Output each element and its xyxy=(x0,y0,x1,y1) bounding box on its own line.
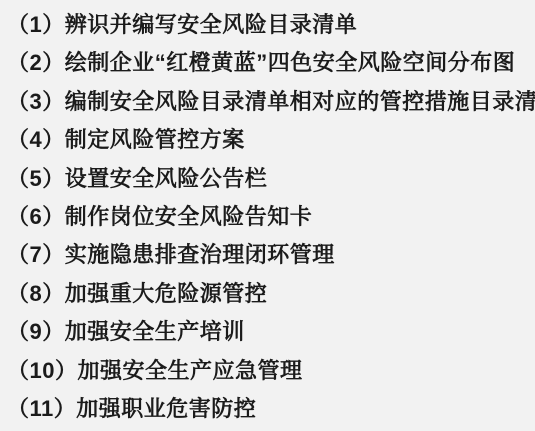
safety-risk-step-list: （1）辨识并编写安全风险目录清单 （2）绘制企业“红橙黄蓝”四色安全风险空间分布… xyxy=(7,6,533,428)
list-item: （2）绘制企业“红橙黄蓝”四色安全风险空间分布图 xyxy=(7,44,533,82)
list-item: （8）加强重大危险源管控 xyxy=(7,275,533,313)
list-item: （10）加强安全生产应急管理 xyxy=(7,352,533,390)
list-item: （1）辨识并编写安全风险目录清单 xyxy=(7,6,533,44)
list-item: （6）制作岗位安全风险告知卡 xyxy=(7,198,533,236)
list-item: （7）实施隐患排查治理闭环管理 xyxy=(7,236,533,274)
list-item: （3）编制安全风险目录清单相对应的管控措施目录清单 xyxy=(7,83,533,121)
list-item: （4）制定风险管控方案 xyxy=(7,121,533,159)
list-item: （11）加强职业危害防控 xyxy=(7,390,533,428)
document-page: （1）辨识并编写安全风险目录清单 （2）绘制企业“红橙黄蓝”四色安全风险空间分布… xyxy=(0,0,535,431)
list-item: （5）设置安全风险公告栏 xyxy=(7,160,533,198)
list-item: （9）加强安全生产培训 xyxy=(7,313,533,351)
